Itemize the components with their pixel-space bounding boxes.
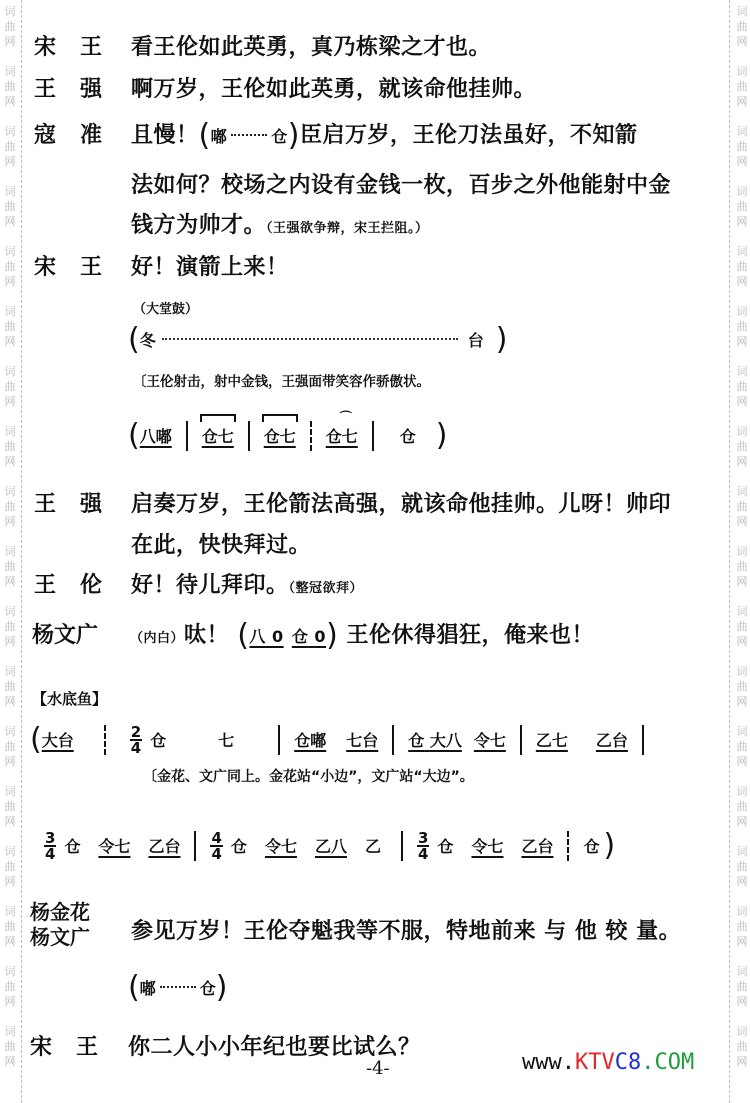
dialogue-text: 且慢！(嘟仓)臣启万岁，王伦刀法虽好，不知箭	[131, 118, 638, 153]
time-signature: 24	[130, 725, 142, 755]
speaker-char: 寇	[34, 118, 56, 149]
score-group: 仓 0	[292, 627, 326, 646]
bar-line	[194, 831, 196, 861]
dialogue-text: 法如何？校场之内设有金钱一枚，百步之外他能射中金	[131, 168, 671, 199]
tremolo-wave	[162, 335, 458, 340]
bar-line	[278, 725, 280, 755]
logo-www: www.	[522, 1050, 575, 1075]
stage-direction: （王强欲争辩，宋王拦阻。）	[266, 221, 429, 236]
speaker-char: 王	[34, 487, 56, 518]
tune-name: 【水底鱼】	[32, 690, 107, 708]
drum-roll: (冬台)	[128, 322, 507, 357]
paren-close: )	[603, 828, 615, 863]
percussion-start: 嘟	[140, 979, 156, 998]
speaker: 宋王	[30, 1030, 98, 1061]
stage-direction: （内白）	[130, 631, 184, 646]
text-segment: 王伦休得猖狂，俺来也！	[346, 623, 594, 648]
paren-open: (	[30, 722, 42, 757]
speaker: 寇准	[34, 118, 102, 149]
dialogue-text: 你二人小小年纪也要比试么？	[128, 1030, 421, 1061]
paren-close: )	[496, 322, 508, 357]
percussion-score: ( 大台 24 仓 七 仓嘟 七台 仓 大八 令七 乙七 乙台	[30, 722, 658, 757]
score-note: 仓	[583, 834, 599, 857]
time-den: 4	[418, 847, 428, 861]
score-note: 令七	[98, 834, 130, 857]
percussion-end: 仓	[200, 979, 216, 998]
dialogue-text: 钱方为帅才。（王强欲争辩，宋王拦阻。）	[131, 208, 429, 239]
score-note: 八	[249, 627, 266, 646]
percussion-cue: (嘟仓)	[128, 970, 227, 1005]
bar-line	[567, 831, 569, 861]
text-segment: 呔！	[184, 623, 229, 648]
score-note: 仓	[437, 834, 453, 857]
dialogue-text: 启奏万岁，王伦箭法高强，就该命他挂帅。儿呀！帅印	[131, 487, 671, 518]
bar-line	[104, 725, 106, 755]
time-den: 4	[211, 847, 221, 861]
stage-text: 〔金花、文广同上。金花站“小边”，文广站“大边”。	[143, 769, 474, 785]
page-number: -4-	[366, 1058, 390, 1079]
score-group: 八 0	[249, 627, 283, 646]
logo-ktv: KTV	[575, 1050, 615, 1075]
score-note: 大八	[430, 731, 462, 750]
score-note: 仓	[400, 424, 416, 447]
stage-direction: 〔金花、文广同上。金花站“小边”，文广站“大边”。	[143, 766, 474, 786]
score-note: 七台	[346, 728, 378, 751]
dialogue-text: 在此，快快拜过。	[131, 528, 311, 559]
score-note: 仓嘟	[294, 728, 326, 751]
time-den: 4	[131, 741, 141, 755]
speaker-char: 王	[80, 250, 102, 281]
tremolo-wave	[231, 131, 267, 136]
tremolo-wave	[160, 983, 196, 988]
speaker-char: 准	[80, 118, 102, 149]
instrument-label: （大堂鼓）	[133, 302, 198, 317]
score-note: 令七	[265, 834, 297, 857]
time-signature: 34	[44, 831, 56, 861]
speaker: 王伦	[34, 568, 102, 599]
percussion-start: 嘟	[211, 127, 228, 146]
score-note: 仓	[408, 731, 424, 750]
paren-open: (	[128, 322, 140, 357]
dialogue-text: 好！演箭上来！	[131, 250, 289, 281]
speaker-char: 强	[80, 72, 102, 103]
paren-close: )	[216, 970, 228, 1005]
stage-direction: 〔王伦射击，射中金钱，王强面带笑容作骄傲状。	[133, 370, 430, 390]
stage-text: 〔王伦射击，射中金钱，王强面带笑容作骄傲状。	[133, 374, 430, 390]
paren-close: )	[436, 418, 448, 453]
paren-open: (	[199, 118, 211, 153]
logo-com: .COM	[641, 1050, 694, 1075]
bar-line	[401, 831, 403, 861]
score-note: 令七	[474, 728, 506, 751]
speaker: 宋王	[34, 30, 102, 61]
speaker: 杨文广	[32, 618, 98, 649]
paren-open: (	[128, 418, 140, 453]
bar-line	[310, 421, 312, 451]
bar-line	[642, 725, 644, 755]
paren-open: (	[128, 970, 140, 1005]
speaker-char: 王	[34, 72, 56, 103]
score-note: 七	[218, 728, 234, 751]
dialogue-text: 啊万岁，王伦如此英勇，就该命他挂帅。	[131, 72, 536, 103]
logo-c8: C8	[615, 1050, 642, 1075]
bar-line	[372, 421, 374, 451]
percussion-score: ( 八嘟 仓七 仓七 仓七 仓 )	[128, 418, 448, 453]
score-note: 乙台	[148, 834, 180, 857]
paren-close: )	[326, 618, 338, 653]
speaker: 王强	[34, 487, 102, 518]
speaker-char: 伦	[80, 568, 102, 599]
text-segment: 好！待儿拜印。	[131, 573, 289, 598]
paren-open: (	[237, 618, 249, 653]
speaker: 王强	[34, 72, 102, 103]
tune-label: 【水底鱼】	[32, 688, 107, 709]
score-note: 令七	[471, 834, 503, 857]
speaker-char: 强	[80, 487, 102, 518]
time-signature: 44	[210, 831, 222, 861]
score-note: 乙	[365, 834, 381, 857]
score-note: 0	[272, 627, 284, 646]
score-note: 大台	[42, 728, 74, 751]
speaker-char: 宋	[34, 30, 56, 61]
speaker: 杨金花 杨文广	[30, 900, 90, 950]
dialogue-text: 看王伦如此英勇，真乃栋梁之才也。	[131, 30, 491, 61]
speaker-name: 杨金花	[30, 900, 90, 925]
text-segment: 且慢！	[131, 123, 199, 148]
time-den: 4	[45, 847, 55, 861]
speaker-char: 王	[34, 568, 56, 599]
score-note: 仓七	[326, 424, 358, 447]
score-note: 仓	[292, 627, 309, 646]
score-note: 仓	[64, 834, 80, 857]
time-signature: 34	[417, 831, 429, 861]
score-note: 乙七	[536, 728, 568, 751]
drum-label: （大堂鼓）	[133, 298, 198, 317]
speaker-char: 王	[80, 30, 102, 61]
score-note: 仓七	[202, 424, 234, 447]
score-note: 仓	[150, 728, 166, 751]
text-segment: 钱方为帅才。	[131, 213, 266, 238]
percussion-end: 台	[468, 331, 484, 350]
script-page: 宋王 看王伦如此英勇，真乃栋梁之才也。 王强 啊万岁，王伦如此英勇，就该命他挂帅…	[0, 0, 750, 1103]
score-group: 仓 大八	[408, 728, 462, 751]
dialogue-text: 好！待儿拜印。（整冠欲拜）	[131, 568, 363, 599]
stage-direction: （整冠欲拜）	[289, 581, 364, 596]
bar-line	[520, 725, 522, 755]
speaker-char: 宋	[34, 250, 56, 281]
bar-line	[248, 421, 250, 451]
score-note: 乙台	[521, 834, 553, 857]
site-logo: www.KTVC8.COM	[522, 1050, 694, 1075]
score-note: 仓	[231, 834, 247, 857]
score-note: 仓七	[264, 424, 296, 447]
percussion-score: 34 仓 令七 乙台 44 仓 令七 乙八 乙 34 仓 令七 乙台 仓 )	[44, 828, 615, 863]
bar-line	[392, 725, 394, 755]
dialogue-text: 参见万岁！王伦夺魁我等不服，特地前来 与 他 较 量。	[131, 914, 681, 945]
percussion-start: 冬	[140, 331, 156, 350]
percussion-end: 仓	[271, 127, 288, 146]
score-note: 0	[314, 627, 326, 646]
paren-close: )	[288, 118, 300, 153]
speaker: 宋王	[34, 250, 102, 281]
score-note: 八嘟	[140, 424, 172, 447]
speaker-name: 杨文广	[30, 925, 90, 950]
bar-line	[186, 421, 188, 451]
speaker-char: 王	[76, 1030, 98, 1061]
score-note: 乙八	[315, 834, 347, 857]
speaker-char: 宋	[30, 1030, 52, 1061]
dialogue-text: （内白）呔！ (八 0 仓 0) 王伦休得猖狂，俺来也！	[130, 618, 594, 653]
text-segment: 臣启万岁，王伦刀法虽好，不知箭	[300, 123, 638, 148]
score-note: 乙台	[596, 728, 628, 751]
